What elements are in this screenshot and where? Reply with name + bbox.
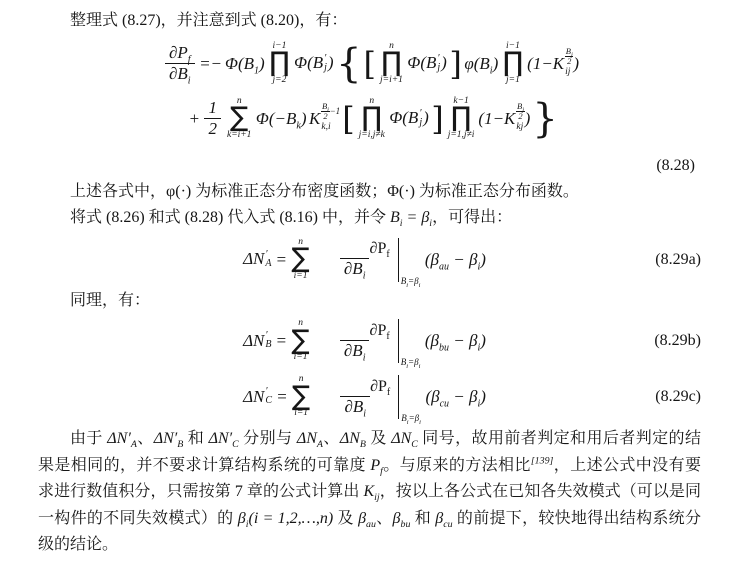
close-paren: ) <box>480 331 486 350</box>
text-segment: P <box>370 457 380 474</box>
k-subscript: kj <box>516 123 523 133</box>
text-segment: 由于 <box>70 430 107 447</box>
close-paren: ) <box>480 387 486 406</box>
minus-beta: − β <box>449 387 477 406</box>
product-operator-4: n∏j=i,j≠k <box>359 97 385 140</box>
subscript-f: f <box>386 249 389 260</box>
k-power-term: K Bi2−1 k,i <box>309 103 340 133</box>
sum-operator: n∑i=1 <box>291 319 309 362</box>
phi-open: Φ(B <box>389 108 418 127</box>
close-paren: ) <box>480 250 486 269</box>
phi-density-bi-term: φ(Bi) <box>464 54 498 74</box>
close-paren: ) <box>441 53 447 72</box>
equation-number-text: (8.28) <box>656 157 695 174</box>
beta-difference-term: (βbu − βi) <box>425 331 486 351</box>
open-paren-beta: (β <box>425 387 439 406</box>
evaluation-condition: Bi=βi <box>401 276 421 286</box>
subscript-b: B <box>265 340 271 350</box>
subscript-au: au <box>439 261 449 272</box>
plus-sign: + <box>189 109 200 129</box>
document-page: 整理式 (8.27)，并注意到式 (8.20)，有： ∂Pf ∂Bi =− Φ(… <box>0 0 741 559</box>
close-paren: ) <box>573 54 579 74</box>
partial-bi: ∂B <box>344 341 363 360</box>
prime-sub-stack: ′j <box>419 109 422 128</box>
product-lower-limit: j=i+1 <box>380 76 403 86</box>
close-paren: ) <box>259 54 265 73</box>
one-minus-k-term: (1−K Bj2 kj ) <box>478 103 530 133</box>
partial-derivative-fraction: ∂Pf ∂Bi <box>165 43 195 83</box>
product-symbol: ∏ <box>362 106 382 130</box>
equals-sign: = <box>276 387 287 407</box>
k-subscript: ij <box>565 68 570 78</box>
product-symbol: ∏ <box>381 51 401 75</box>
sum-symbol: ∑ <box>291 329 309 353</box>
vertical-bar <box>398 319 399 363</box>
vertical-bar <box>398 375 399 419</box>
fraction-denominator: ∂Bi <box>340 340 370 361</box>
minus-beta: − β <box>449 250 477 269</box>
fraction-denominator: ∂Bi <box>340 258 370 279</box>
partial-pf: ∂P <box>370 240 387 257</box>
phi-minus-bk-term: Φ(−Bk) <box>256 109 307 129</box>
exponent-denominator: 2 <box>321 111 329 121</box>
text-segment: C <box>232 439 239 450</box>
text-segment: 分别与 <box>239 430 297 447</box>
subscript-f: f <box>386 331 389 342</box>
text-segment: ΔN <box>391 430 411 447</box>
equation-8-29b-body: ΔN′B = n∑i=1 ∂Pf ∂Bi Bi=βi (βbu − βi) <box>68 319 661 363</box>
equation-number-8-28: (8.28) <box>38 153 701 179</box>
text-segment: 及 <box>333 510 358 527</box>
equals-sign: = <box>276 250 287 270</box>
k-subscript: k,i <box>321 123 330 133</box>
partial-derivative-fraction: ∂Pf ∂Bi <box>316 240 394 279</box>
k-var: K <box>309 109 320 129</box>
text-segment: ΔN <box>340 430 360 447</box>
one-minus-k-term: (1−K Bj2 ij ) <box>527 48 579 78</box>
subscript-a: A <box>265 259 271 269</box>
k-exponent-subscript-stack: Bi2−1 k,i <box>321 102 340 132</box>
prime-sub-stack: ′B <box>265 331 271 350</box>
text-segment: 、 <box>376 510 393 527</box>
phi-bj-term: Φ(B′j) <box>407 53 446 74</box>
fraction-denominator: ∂Bi <box>165 63 195 84</box>
product-operator-5: k−1∏j=1,j≠i <box>448 97 475 140</box>
subscript-j: j <box>324 63 327 73</box>
close-paren: ) <box>423 108 429 127</box>
product-operator-1: i−1∏j=2 <box>269 42 289 85</box>
phi-bj-term: Φ(B′j) <box>389 108 428 129</box>
subscript-i: i <box>188 75 191 86</box>
fraction-numerator: ∂Pf <box>316 240 394 258</box>
text-segment: K <box>363 483 374 500</box>
delta-n: ΔN <box>243 249 264 268</box>
close-paren: ) <box>301 109 307 128</box>
exponent-minus-one: −1 <box>330 107 341 116</box>
equation-8-28-line1: ∂Pf ∂Bi =− Φ(B1) i−1∏j=2 Φ(B′j) { [ n∏j=… <box>38 35 701 93</box>
text-segment: 。与原来的方法相比 <box>383 457 531 474</box>
text-segment: =β <box>408 276 419 286</box>
text-segment: =β <box>408 357 419 367</box>
text-segment: [139] <box>531 455 554 466</box>
sum-symbol: ∑ <box>230 106 248 130</box>
k-exponent: Bj2 <box>565 47 573 66</box>
partial-bi: ∂B <box>169 64 188 83</box>
equation-8-29c: ΔN′C = n∑i=1 ∂Pf ∂Bi Bi=βi (βcu − βi) (8… <box>38 368 701 426</box>
text-segment: ΔN′ <box>107 430 131 447</box>
text-segment: ΔN′ <box>154 430 178 447</box>
text-segment: 、 <box>137 430 154 447</box>
text-segment: 及 <box>366 430 391 447</box>
partial-bi: ∂B <box>344 259 363 278</box>
evaluation-condition: Bi=βi <box>401 357 421 367</box>
equation-8-28-line2: + 12 n∑k=i+1 Φ(−Bk) K Bi2−1 k,i [ n∏j=i,… <box>38 93 701 145</box>
text-segment: cu <box>443 519 452 530</box>
phi-b1-term: Φ(B1) <box>225 54 265 74</box>
equals-minus-sign: =− <box>199 54 222 74</box>
open-paren-beta: (β <box>425 250 439 269</box>
fraction-numerator: 1 <box>204 98 221 118</box>
paragraph-function-note: 上述各式中，φ(·) 为标准正态分布密度函数；Φ(·) 为标准正态分布函数。 <box>38 179 701 206</box>
delta-n: ΔN <box>243 331 264 350</box>
product-symbol: ∏ <box>269 51 289 75</box>
exponent-numerator: Bj <box>566 47 573 56</box>
text-segment: i <box>419 281 421 288</box>
beta-difference-term: (βau − βi) <box>425 250 486 270</box>
subscript-i: i <box>363 352 366 363</box>
close-paren: ) <box>328 53 334 72</box>
sum-symbol: ∑ <box>291 247 309 271</box>
minus-beta: − β <box>449 331 477 350</box>
text-segment: i <box>419 419 421 426</box>
partial-pf: ∂P <box>370 322 387 339</box>
subscript-j: j <box>419 118 422 128</box>
exponent-denominator: 2 <box>516 111 524 121</box>
product-symbol: ∏ <box>503 51 523 75</box>
sum-lower-limit: i=1 <box>294 353 308 363</box>
evaluation-bar: Bi=βi <box>398 375 421 419</box>
fraction-denominator: 2 <box>204 118 221 139</box>
equation-8-29a-body: ΔN′A = n∑i=1 ∂Pf ∂Bi Bi=βi (βau − βi) <box>68 238 661 282</box>
sum-lower-limit: i=1 <box>294 409 308 419</box>
sum-operator: n∑i=1 <box>292 375 310 418</box>
paragraph-intro: 整理式 (8.27)，并注意到式 (8.20)，有： <box>38 8 701 35</box>
sum-operator: n∑i=1 <box>291 238 309 281</box>
text-segment: = β <box>403 209 430 226</box>
sum-lower-limit: i=1 <box>294 272 308 282</box>
text-segment: bu <box>401 519 411 530</box>
phi-open: Φ(B <box>407 53 436 72</box>
text-segment: 、 <box>323 430 340 447</box>
one-half-fraction: 12 <box>204 98 221 138</box>
term-open: (1−K <box>527 54 564 74</box>
product-operator-3: i−1∏j=1 <box>503 42 523 85</box>
equation-8-28: ∂Pf ∂Bi =− Φ(B1) i−1∏j=2 Φ(B′j) { [ n∏j=… <box>38 35 701 179</box>
text-segment: ，可得出： <box>432 209 512 226</box>
phi-open: Φ(B <box>225 54 254 73</box>
evaluation-condition: Bi=βi <box>401 413 421 423</box>
partial-pf: ∂P <box>370 378 387 395</box>
prime-sub-stack: ′j <box>437 54 440 73</box>
product-lower-limit: j=2 <box>273 76 287 86</box>
subscript-i: i <box>363 271 366 282</box>
paragraph-substitute: 将式 (8.26) 和式 (8.28) 代入式 (8.16) 中，并令 Bi =… <box>38 205 701 232</box>
beta-difference-term: (βcu − βi) <box>425 387 486 407</box>
product-lower-limit: j=i,j≠k <box>359 131 385 141</box>
open-paren-beta: (β <box>425 331 439 350</box>
partial-derivative-fraction: ∂Pf ∂Bi <box>316 378 394 417</box>
prime-sub-stack: ′A <box>265 250 271 269</box>
paragraph-similarly: 同理，有： <box>38 288 701 315</box>
exponent-fraction: Bj2 <box>565 47 573 66</box>
text-segment: C <box>411 439 418 450</box>
text-segment: 和 <box>410 510 435 527</box>
exponent-denominator: 2 <box>565 56 573 66</box>
text-segment: au <box>366 519 376 530</box>
sum-operator: n∑k=i+1 <box>227 97 251 140</box>
subscript-c: C <box>265 396 272 406</box>
phi-open: Φ(B <box>294 53 323 72</box>
text-segment: ΔN′ <box>209 430 233 447</box>
k-exponent: Bj2 <box>516 102 524 121</box>
subscript-j: j <box>437 63 440 73</box>
partial-pf: ∂P <box>169 43 188 62</box>
text-segment: β <box>238 510 246 527</box>
subscript-cu: cu <box>440 398 449 409</box>
delta-n: ΔN <box>243 387 264 406</box>
close-paren: ) <box>493 54 499 73</box>
subscript-bu: bu <box>439 342 449 353</box>
prime-sub-stack: ′j <box>324 54 327 73</box>
equation-8-29a: ΔN′A = n∑i=1 ∂Pf ∂Bi Bi=βi (βau − βi) (8… <box>38 232 701 288</box>
text-segment: B <box>390 209 400 226</box>
text-segment: β <box>393 510 401 527</box>
text-segment: 将式 (8.26) 和式 (8.28) 代入式 (8.16) 中，并令 <box>70 209 390 226</box>
equation-8-29b: ΔN′B = n∑i=1 ∂Pf ∂Bi Bi=βi (βbu − βi) (8… <box>38 314 701 368</box>
partial-derivative-fraction: ∂Pf ∂Bi <box>316 322 394 361</box>
sum-lower-limit: k=i+1 <box>227 131 251 141</box>
delta-n-term: ΔN′A <box>243 249 272 270</box>
exponent-numerator: Bj <box>517 102 524 111</box>
text-segment: 和 <box>183 430 208 447</box>
fraction-numerator: ∂Pf <box>316 378 394 396</box>
sum-symbol: ∑ <box>292 385 310 409</box>
product-lower-limit: j=1 <box>506 76 520 86</box>
subscript-f: f <box>387 387 390 398</box>
fraction-denominator: ∂Bi <box>340 396 370 417</box>
paragraph-conclusion: 由于 ΔN′A、ΔN′B 和 ΔN′C 分别与 ΔNA、ΔNB 及 ΔNC 同号… <box>38 426 701 559</box>
evaluation-bar: Bi=βi <box>398 238 421 282</box>
product-lower-limit: j=1,j≠i <box>448 131 475 141</box>
delta-n-term: ΔN′C <box>243 387 273 408</box>
exponent-fraction: Bj2 <box>516 102 524 121</box>
k-exponent-subscript-stack: Bj2 ij <box>565 47 573 77</box>
close-paren: ) <box>525 109 531 129</box>
text-segment: ΔN <box>297 430 317 447</box>
phi-bj-term: Φ(B′j) <box>294 53 333 74</box>
text-segment: =β <box>409 413 420 423</box>
partial-bi: ∂B <box>344 397 363 416</box>
product-operator-2: n∏j=i+1 <box>380 42 403 85</box>
evaluation-bar: Bi=βi <box>398 319 421 363</box>
fraction-numerator: ∂Pf <box>316 322 394 340</box>
fraction-numerator: ∂Pf <box>165 43 195 63</box>
k-exponent-subscript-stack: Bj2 kj <box>516 102 524 132</box>
phi-lower-open: φ(B <box>464 54 489 73</box>
phi-open: Φ(−B <box>256 109 296 128</box>
exponent-numerator: Bi <box>322 102 329 111</box>
text-segment: β <box>358 510 366 527</box>
text-segment: (i = 1,2,…,n) <box>249 510 334 527</box>
prime-sub-stack: ′C <box>265 387 272 406</box>
text-segment: i <box>419 363 421 370</box>
equation-8-29c-body: ΔN′C = n∑i=1 ∂Pf ∂Bi Bi=βi (βcu − βi) <box>68 375 661 419</box>
subscript-i: i <box>363 408 366 419</box>
exponent-fraction: Bi2 <box>321 102 329 121</box>
vertical-bar <box>398 238 399 282</box>
term-open: (1−K <box>478 109 515 129</box>
product-symbol: ∏ <box>451 106 471 130</box>
k-exponent: Bi2−1 <box>321 102 340 121</box>
delta-n-term: ΔN′B <box>243 331 272 352</box>
equals-sign: = <box>276 331 287 351</box>
